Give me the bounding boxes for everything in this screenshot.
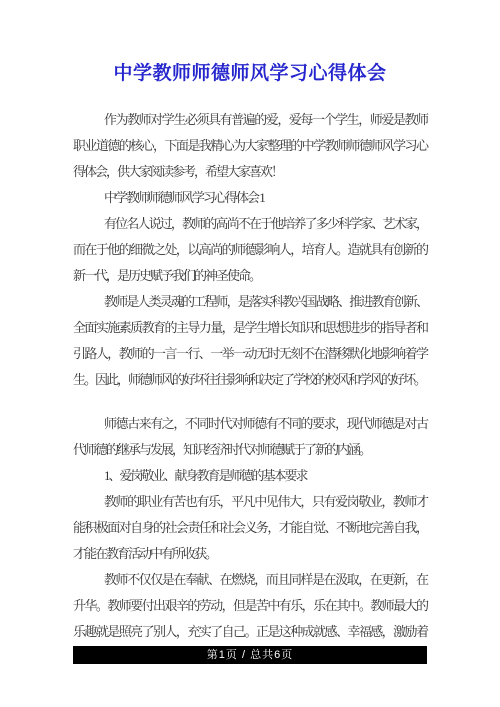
page-footer-bar: 第1页 / 总共6页 xyxy=(73,646,427,664)
text-line: 教师是人类灵魂的工程师，是落实科教兴国战略、推进教育创新、 xyxy=(73,289,427,315)
text-line: 乐趣就是照亮了别人，充实了自己。正是这种成就感、幸福感，激励着 xyxy=(73,619,427,645)
text-line: 作为教师对学生必须具有普遍的爱，爱每一个学生，师爱是教师 xyxy=(73,107,427,133)
document-body: 作为教师对学生必须具有普遍的爱，爱每一个学生，师爱是教师职业道德的核心，下面是我… xyxy=(73,107,427,645)
text-line: 中学教师师德师风学习心得体会 1 xyxy=(73,185,427,211)
page-number-label: 第1页 / 总共6页 xyxy=(207,649,293,661)
text-line: 有位名人说过，教师的高尚不在于他培养了多少科学家、艺术家， xyxy=(73,211,427,237)
document-page: 中学教师师德师风学习心得体会 作为教师对学生必须具有普遍的爱，爱每一个学生，师爱… xyxy=(0,0,500,707)
text-line: 教师不仅仅是在奉献、在燃烧，而且同样是在汲取，在更新，在 xyxy=(73,567,427,593)
text-line: 1、爱岗敬业、献身教育是师德的基本要求 xyxy=(73,463,427,489)
text-line: 能积极面对自身的社会责任和社会义务，才能自觉、不断地完善自我， xyxy=(73,515,427,541)
text-line: 而在于他的细微之处，以高尚的师德影响人，培育人。造就具有创新的 xyxy=(73,237,427,263)
text-line: 生。因此，师德师风的好坏往往影响和决定了学校的校风和学风的好坏。 xyxy=(73,367,427,393)
text-line: 引路人，教师的一言一行、一举一动无时无刻不在潜移默化地影响着学 xyxy=(73,341,427,367)
text-line: 全面实施素质教育的主导力量，是学生增长知识和思想进步的指导者和 xyxy=(73,315,427,341)
text-line: 代师德的继承与发展，知识经济时代对师德赋于了新的内涵。 xyxy=(73,437,427,463)
document-title: 中学教师师德师风学习心得体会 xyxy=(0,58,500,85)
text-line: 新一代，是历史赋予我们的神圣使命。 xyxy=(73,263,427,289)
text-line: 教师的职业有苦也有乐，平凡中见伟大，只有爱岗敬业，教师才 xyxy=(73,489,427,515)
text-line: 师德古来有之，不同时代对师德有不同的要求，现代师德是对古 xyxy=(73,411,427,437)
text-line: 得体会，供大家阅读参考，希望大家喜欢！ xyxy=(73,159,427,185)
text-line: 升华。教师要付出艰辛的劳动，但是苦中有乐，乐在其中。教师最大的 xyxy=(73,593,427,619)
text-line: 才能在教育活动中有所收获。 xyxy=(73,541,427,567)
text-line: 职业道德的核心，下面是我精心为大家整理的中学教师师德师风学习心 xyxy=(73,133,427,159)
